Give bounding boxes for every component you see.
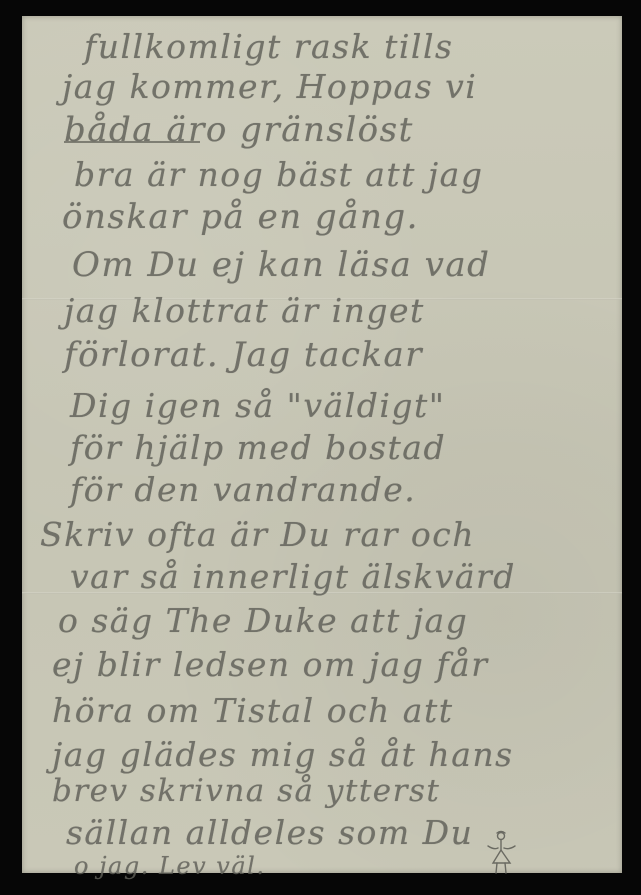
handwritten-line-6: Om Du ej kan läsa vad [72,248,490,282]
handwritten-line-11: för den vandrande. [70,473,416,506]
handwritten-line-16: höra om Tistal och att [52,694,453,727]
handwritten-line-8: förlorat. Jag tackar [64,338,423,372]
handwritten-line-4: bra är nog bäst att jag [74,158,483,191]
handwritten-line-18: brev skrivna så ytterst [52,776,440,807]
stick-figure-icon [484,830,518,874]
letter-page: fullkomligt rask tills jag kommer, Hoppa… [22,16,622,873]
handwritten-line-12: Skriv ofta är Du rar och [40,518,475,551]
handwritten-line-17: jag glädes mig så åt hans [52,738,514,771]
underline-bada [64,141,200,143]
handwritten-line-1: fullkomligt rask tills [84,30,453,63]
handwritten-line-5: önskar på en gång. [62,200,419,234]
handwritten-line-10: för hjälp med bostad [70,431,446,464]
handwritten-line-2: jag kommer, Hoppas vi [62,70,477,103]
handwritten-line-7: jag klottrat är inget [64,294,425,327]
scan-background: fullkomligt rask tills jag kommer, Hoppa… [0,0,641,895]
handwritten-line-13: var så innerligt älskvärd [70,560,516,593]
handwritten-line-20: o jag. Lev väl. [74,854,265,878]
handwritten-line-19: sällan alldeles som Du [66,816,473,849]
handwritten-line-9: Dig igen så "väldigt" [70,389,445,422]
handwritten-line-15: ej blir ledsen om jag får [52,648,489,681]
handwritten-line-14: o säg The Duke att jag [58,604,468,637]
